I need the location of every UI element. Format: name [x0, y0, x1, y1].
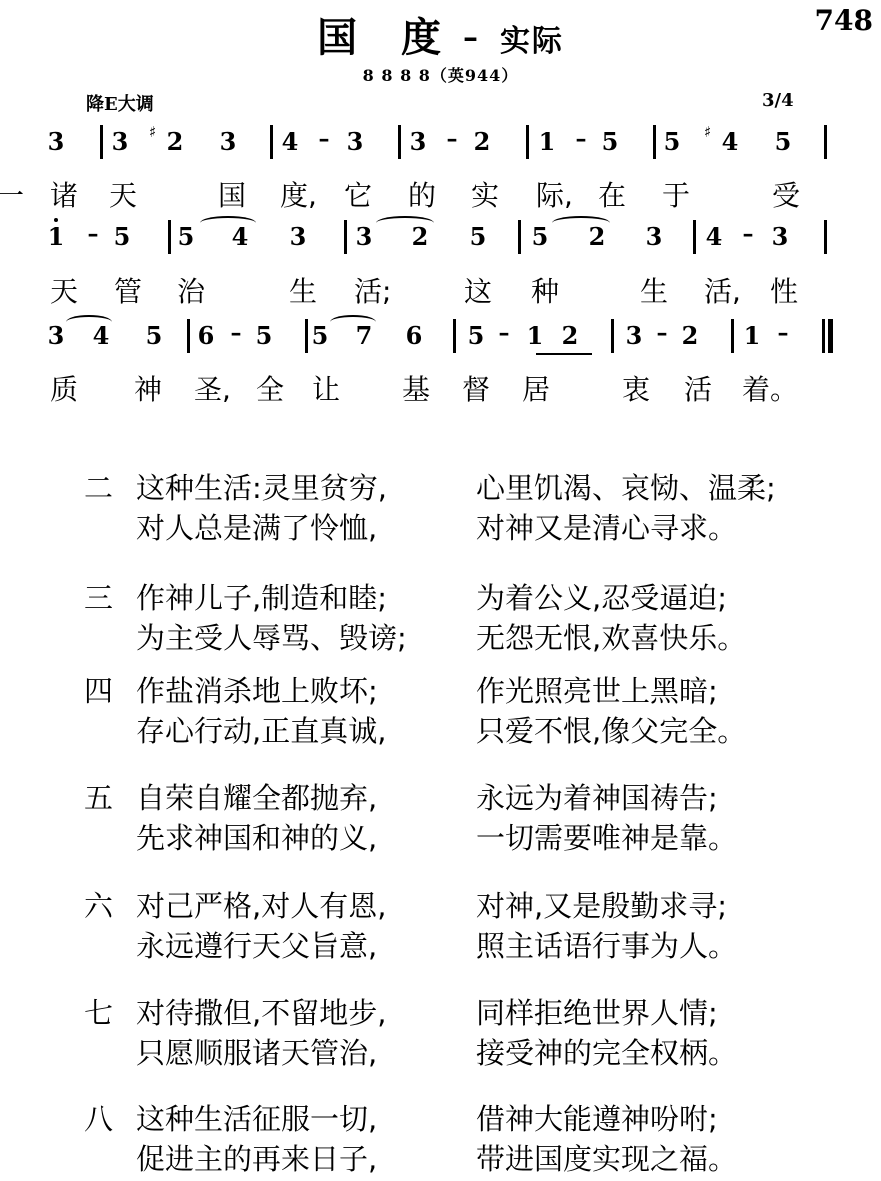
note: 3 [108, 127, 132, 156]
sustain-dash: – [442, 126, 462, 152]
verse-number: 七 [84, 991, 136, 1032]
sustain-dash: – [773, 320, 793, 346]
verse-block: 四作盐消杀地上败坏;作光照亮世上黑暗;存心行动,正直真诚,只爱不恨,像父完全。 [84, 669, 746, 749]
eighth-underline [536, 353, 592, 355]
lyric-syllable: 圣, [194, 368, 231, 408]
verse-line: 二这种生活:灵里贫穷,心里饥渴、哀恸、温柔; [84, 466, 776, 506]
barline [611, 319, 614, 353]
lyric-syllable: 神 [134, 368, 162, 408]
slur [200, 216, 256, 230]
lyric-syllable: 活, [704, 270, 741, 310]
note: 5 [174, 222, 198, 251]
verse-number: 三 [84, 576, 136, 617]
note: 2 [558, 321, 582, 350]
verse-number: 五 [84, 776, 136, 817]
verse-block: 七对待撒但,不留地步,同样拒绝世界人情;只愿顺服诸天管治,接受神的完全权柄。 [84, 991, 737, 1071]
verse-line: 四作盐消杀地上败坏;作光照亮世上黑暗; [84, 669, 746, 709]
lyric-syllable: 督 [462, 368, 490, 408]
lyric-syllable: 着。 [742, 368, 798, 408]
note: 5 [528, 222, 552, 251]
final-double-barline [822, 319, 833, 353]
sustain-dash: – [226, 320, 246, 346]
lyric-syllable: 种 [531, 270, 559, 310]
barline [168, 220, 171, 254]
octave-dot [54, 218, 58, 222]
lyric-syllable: 于 [662, 174, 690, 214]
verse-text-second-half: 为着公义,忍受逼迫; [476, 576, 727, 617]
barline [305, 319, 308, 353]
lyric-syllable: 衷 [622, 368, 650, 408]
note: 3 [44, 321, 68, 350]
note: 3 [216, 127, 240, 156]
verse-text-first-half: 永远遵行天父旨意, [136, 924, 476, 965]
verse-line: 促进主的再来日子,带进国度实现之福。 [84, 1137, 737, 1177]
title-main: 国 度 [317, 14, 443, 61]
lyric-syllable: 全 [256, 368, 284, 408]
note: 5 [466, 222, 490, 251]
verse-block: 五自荣自耀全都抛弃,永远为着神国祷告;先求神国和神的义,一切需要唯神是靠。 [84, 776, 737, 856]
note: 5 [142, 321, 166, 350]
note: 3 [622, 321, 646, 350]
barline [100, 125, 103, 159]
slur [66, 315, 112, 329]
note: 1 [44, 222, 68, 251]
note: 5 [598, 127, 622, 156]
verse-line: 七对待撒但,不留地步,同样拒绝世界人情; [84, 991, 737, 1031]
note: 5 [771, 127, 795, 156]
lyric-syllable: 治 [177, 270, 205, 310]
verse-text-second-half: 心里饥渴、哀恸、温柔; [476, 466, 776, 507]
slur [376, 216, 434, 230]
lyric-syllable: 在 [598, 174, 626, 214]
note: 3 [343, 127, 367, 156]
verse-line: 只愿顺服诸天管治,接受神的完全权柄。 [84, 1031, 737, 1071]
verse-line: 六对己严格,对人有恩,对神,又是殷勤求寻; [84, 884, 737, 924]
note: 6 [194, 321, 218, 350]
verse-text-first-half: 这种生活:灵里贫穷, [136, 466, 476, 507]
verse-text-second-half: 接受神的完全权柄。 [476, 1031, 737, 1072]
barline [824, 220, 827, 254]
note: 5 [660, 127, 684, 156]
verse-text-second-half: 同样拒绝世界人情; [476, 991, 718, 1032]
verse-text-first-half: 先求神国和神的义, [136, 816, 476, 857]
sustain-dash: – [738, 221, 758, 247]
verse-text-second-half: 只爱不恨,像父完全。 [476, 709, 746, 750]
sharp-sign: ♯ [149, 123, 156, 141]
barline [398, 125, 401, 159]
slur [330, 315, 376, 329]
lyric-syllable: 的 [408, 174, 436, 214]
verse-text-first-half: 为主受人辱骂、毁谤; [136, 616, 476, 657]
lyric-syllable: 质 [50, 368, 78, 408]
barline [453, 319, 456, 353]
verse-text-second-half: 对神又是清心寻求。 [476, 506, 737, 547]
lyric-syllable: 度, [280, 174, 317, 214]
verse-line: 五自荣自耀全都抛弃,永远为着神国祷告; [84, 776, 737, 816]
note: 4 [278, 127, 302, 156]
sustain-dash: – [652, 320, 672, 346]
barline [518, 220, 521, 254]
verse-text-first-half: 促进主的再来日子, [136, 1137, 476, 1178]
lyric-syllable: 活; [354, 270, 391, 310]
note: 6 [402, 321, 426, 350]
barline [526, 125, 529, 159]
verse-number: 四 [84, 669, 136, 710]
verse-text-second-half: 作光照亮世上黑暗; [476, 669, 718, 710]
verse-text-first-half: 对己严格,对人有恩, [136, 884, 476, 925]
hymn-number: 748 [815, 4, 873, 37]
verse-text-first-half: 作盐消杀地上败坏; [136, 669, 476, 710]
barline [187, 319, 190, 353]
verse-text-second-half: 无怨无恨,欢喜快乐。 [476, 616, 746, 657]
verse-text-second-half: 一切需要唯神是靠。 [476, 816, 737, 857]
verse-text-first-half: 自荣自耀全都抛弃, [136, 776, 476, 817]
barline [344, 220, 347, 254]
barline [693, 220, 696, 254]
barline [731, 319, 734, 353]
time-signature: 3/4 [762, 90, 794, 111]
lyric-syllable: 诸 [50, 174, 78, 214]
verse-text-first-half: 对待撒但,不留地步, [136, 991, 476, 1032]
verse-text-second-half: 照主话语行事为人。 [476, 924, 737, 965]
note: 5 [110, 222, 134, 251]
verse-text-first-half: 这种生活征服一切, [136, 1097, 476, 1138]
verse-number: 二 [84, 466, 136, 507]
verse-number: 八 [84, 1097, 136, 1138]
barline [824, 125, 827, 159]
lyric-syllable: 它 [344, 174, 372, 214]
verse-text-second-half: 带进国度实现之福。 [476, 1137, 737, 1178]
note: 2 [678, 321, 702, 350]
page-title: 国 度 – 实际 [0, 6, 881, 63]
lyric-syllable: 活 [684, 368, 712, 408]
note: 3 [768, 222, 792, 251]
lyric-syllable: 天 [50, 270, 78, 310]
sharp-sign: ♯ [704, 123, 711, 141]
sustain-dash: – [494, 320, 514, 346]
note: 2♯ [163, 127, 187, 156]
verse-line: 为主受人辱骂、毁谤;无怨无恨,欢喜快乐。 [84, 616, 746, 656]
slur [552, 216, 610, 230]
key-signature: 降E大调 [86, 90, 154, 116]
lyric-syllable: 性 [770, 270, 798, 310]
note: 1 [523, 321, 547, 350]
verse-text-second-half: 对神,又是殷勤求寻; [476, 884, 727, 925]
note: 3 [642, 222, 666, 251]
note: 1 [740, 321, 764, 350]
lyric-syllable: 际, [536, 174, 573, 214]
lyric-syllable: 让 [312, 368, 340, 408]
barline [653, 125, 656, 159]
lyric-syllable: 国 [218, 174, 246, 214]
lyric-syllable: 居 [522, 368, 550, 408]
title-subtitle: 实际 [500, 24, 564, 59]
lyric-syllable: 生 [289, 270, 317, 310]
verse-line: 对人总是满了怜恤,对神又是清心寻求。 [84, 506, 776, 546]
lyric-syllable: 基 [402, 368, 430, 408]
sustain-dash: – [83, 221, 103, 247]
lyric-syllable: 管 [114, 270, 142, 310]
title-dash: – [463, 20, 480, 55]
verse-text-second-half: 永远为着神国祷告; [476, 776, 718, 817]
lyric-syllable: 受 [772, 174, 800, 214]
note: 1 [535, 127, 559, 156]
note: 3 [44, 127, 68, 156]
verse-block: 三作神儿子,制造和睦;为着公义,忍受逼迫;为主受人辱骂、毁谤;无怨无恨,欢喜快乐… [84, 576, 746, 656]
verse-text-first-half: 只愿顺服诸天管治, [136, 1031, 476, 1072]
verse-text-first-half: 对人总是满了怜恤, [136, 506, 476, 547]
note: 5 [464, 321, 488, 350]
note: 3 [286, 222, 310, 251]
verse-line: 先求神国和神的义,一切需要唯神是靠。 [84, 816, 737, 856]
verse-block: 二这种生活:灵里贫穷,心里饥渴、哀恸、温柔;对人总是满了怜恤,对神又是清心寻求。 [84, 466, 776, 546]
verse-line: 八这种生活征服一切,借神大能遵神吩咐; [84, 1097, 737, 1137]
verse-block: 六对己严格,对人有恩,对神,又是殷勤求寻;永远遵行天父旨意,照主话语行事为人。 [84, 884, 737, 964]
verse-number: 六 [84, 884, 136, 925]
note: 3 [352, 222, 376, 251]
verse-text-first-half: 作神儿子,制造和睦; [136, 576, 476, 617]
lyric-syllable: 天 [109, 174, 137, 214]
note: 5 [252, 321, 276, 350]
note: 5 [308, 321, 332, 350]
note: 3 [406, 127, 430, 156]
lyric-syllable: 这 [464, 270, 492, 310]
sustain-dash: – [571, 126, 591, 152]
verse-line: 存心行动,正直真诚,只爱不恨,像父完全。 [84, 709, 746, 749]
note: 4 [702, 222, 726, 251]
verse-text-second-half: 借神大能遵神吩咐; [476, 1097, 718, 1138]
note: 4♯ [718, 127, 742, 156]
verse-line: 三作神儿子,制造和睦;为着公义,忍受逼迫; [84, 576, 746, 616]
meter-label: 8 8 8 8（英944） [0, 63, 881, 86]
lyric-syllable: 实 [471, 174, 499, 214]
note: 2 [470, 127, 494, 156]
verse-block: 八这种生活征服一切,借神大能遵神吩咐;促进主的再来日子,带进国度实现之福。 [84, 1097, 737, 1177]
barline [270, 125, 273, 159]
lyric-syllable: 生 [640, 270, 668, 310]
lyric-syllable: 一 [0, 174, 24, 214]
verse-text-first-half: 存心行动,正直真诚, [136, 709, 476, 750]
sustain-dash: – [314, 126, 334, 152]
verse-line: 永远遵行天父旨意,照主话语行事为人。 [84, 924, 737, 964]
